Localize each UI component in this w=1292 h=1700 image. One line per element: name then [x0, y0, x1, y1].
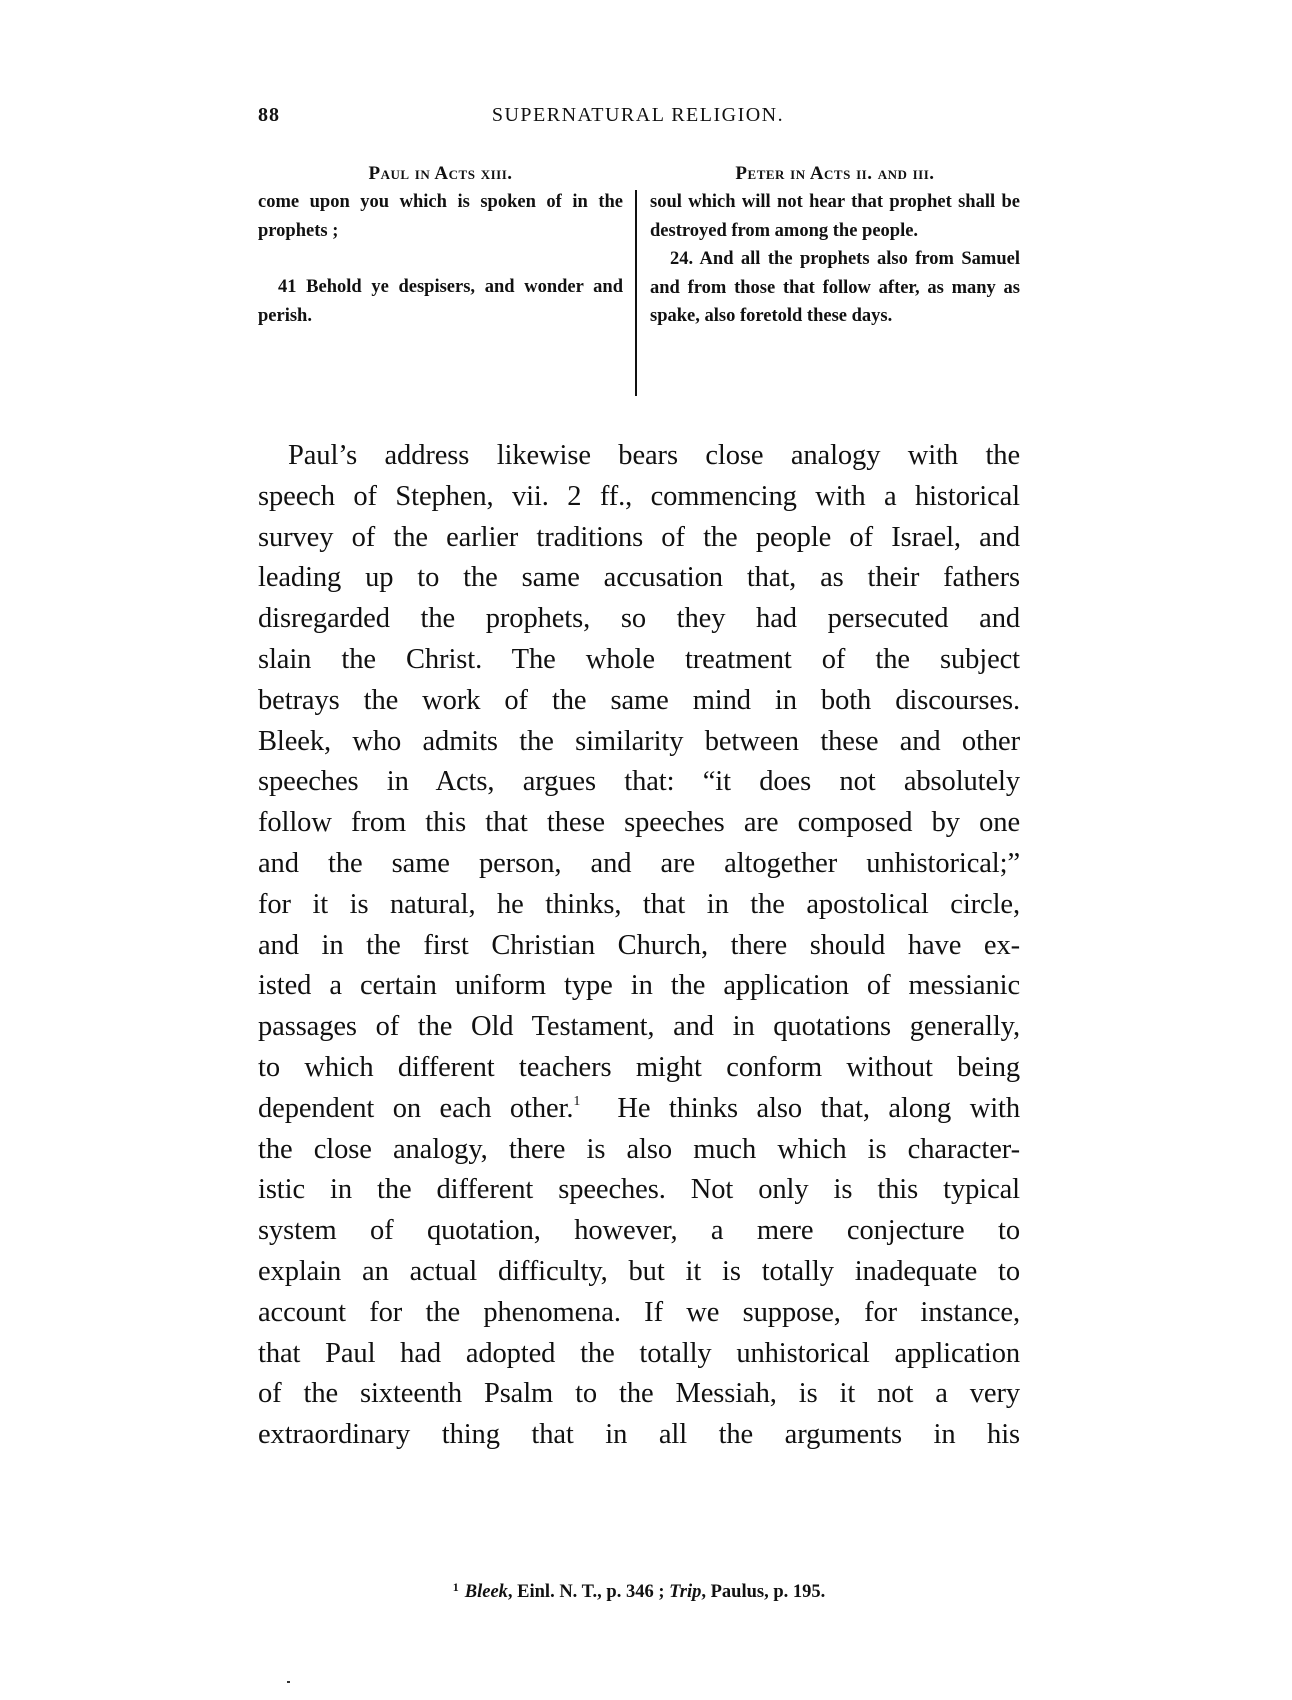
body-line: of the sixteenth Psalm to the Messiah, i…	[258, 1374, 1020, 1415]
running-title: SUPERNATURAL RELIGION.	[258, 104, 1018, 127]
parallel-columns: Paul in Acts xiii. come upon you which i…	[258, 160, 1020, 396]
running-head: 88 SUPERNATURAL RELIGION.	[258, 104, 1018, 134]
column-divider	[635, 190, 637, 396]
body-line: speeches in Acts, argues that: “it does …	[258, 762, 1020, 803]
body-line: that Paul had adopted the totally unhist…	[258, 1334, 1020, 1375]
body-line: for it is natural, he thinks, that in th…	[258, 885, 1020, 926]
body-line: account for the phenomena. If we suppose…	[258, 1293, 1020, 1334]
body-line: passages of the Old Testament, and in qu…	[258, 1007, 1020, 1048]
scan-speck	[287, 1681, 290, 1683]
body-line: survey of the earlier traditions of the …	[258, 518, 1020, 559]
left-column-paragraph: 41 Behold ye despisers, and wonder and p…	[258, 273, 623, 330]
body-line: speech of Stephen, vii. 2 ff., commencin…	[258, 477, 1020, 518]
body-line: extraordinary thing that in all the argu…	[258, 1415, 1020, 1456]
left-column-heading: Paul in Acts xiii.	[258, 160, 623, 188]
footnote: 1Bleek, Einl. N. T., p. 346 ; Trip, Paul…	[258, 1580, 1020, 1603]
body-line: explain an actual difficulty, but it is …	[258, 1252, 1020, 1293]
body-line: the close analogy, there is also much wh…	[258, 1130, 1020, 1171]
footnote-citation: , Einl. N. T., p. 346 ;	[508, 1582, 669, 1602]
body-line: slain the Christ. The whole treatment of…	[258, 640, 1020, 681]
body-line: istic in the different speeches. Not onl…	[258, 1170, 1020, 1211]
left-column-paragraph: come upon you which is spoken of in the …	[258, 188, 623, 245]
body-line: to which different teachers might confor…	[258, 1048, 1020, 1089]
footnote-citation: , Paulus, p. 195.	[701, 1582, 825, 1602]
footnote-author: Trip	[669, 1582, 701, 1602]
left-column: Paul in Acts xiii. come upon you which i…	[258, 160, 623, 330]
right-column-paragraph: soul which will not hear that prophet sh…	[650, 188, 1020, 245]
body-line: isted a certain uniform type in the appl…	[258, 966, 1020, 1007]
body-line: and the same person, and are altogether …	[258, 844, 1020, 885]
body-paragraph: Paul’s address likewise bears close anal…	[258, 436, 1020, 1456]
footnote-reference[interactable]: 1	[573, 1094, 580, 1109]
footnote-mark: 1	[453, 1580, 459, 1594]
body-line: and in the first Christian Church, there…	[258, 926, 1020, 967]
body-line: follow from this that these speeches are…	[258, 803, 1020, 844]
body-line-with-footnote: dependent on each other.1 He thinks also…	[258, 1089, 1020, 1130]
body-line-head: dependent on each other.	[258, 1093, 573, 1124]
right-column-heading: Peter in Acts ii. and iii.	[650, 160, 1020, 188]
body-line: Paul’s address likewise bears close anal…	[258, 436, 1020, 477]
right-column-paragraph: 24. And all the prophets also from Samue…	[650, 245, 1020, 331]
body-line: system of quotation, however, a mere con…	[258, 1211, 1020, 1252]
footnote-author: Bleek	[465, 1582, 508, 1602]
right-column: Peter in Acts ii. and iii. soul which wi…	[650, 160, 1020, 331]
book-page: 88 SUPERNATURAL RELIGION. Paul in Acts x…	[0, 0, 1292, 1700]
body-line: disregarded the prophets, so they had pe…	[258, 599, 1020, 640]
body-line: Bleek, who admits the similarity between…	[258, 722, 1020, 763]
body-line-tail: He thinks also that, along with	[617, 1093, 1020, 1124]
body-line: betrays the work of the same mind in bot…	[258, 681, 1020, 722]
body-line: leading up to the same accusation that, …	[258, 558, 1020, 599]
